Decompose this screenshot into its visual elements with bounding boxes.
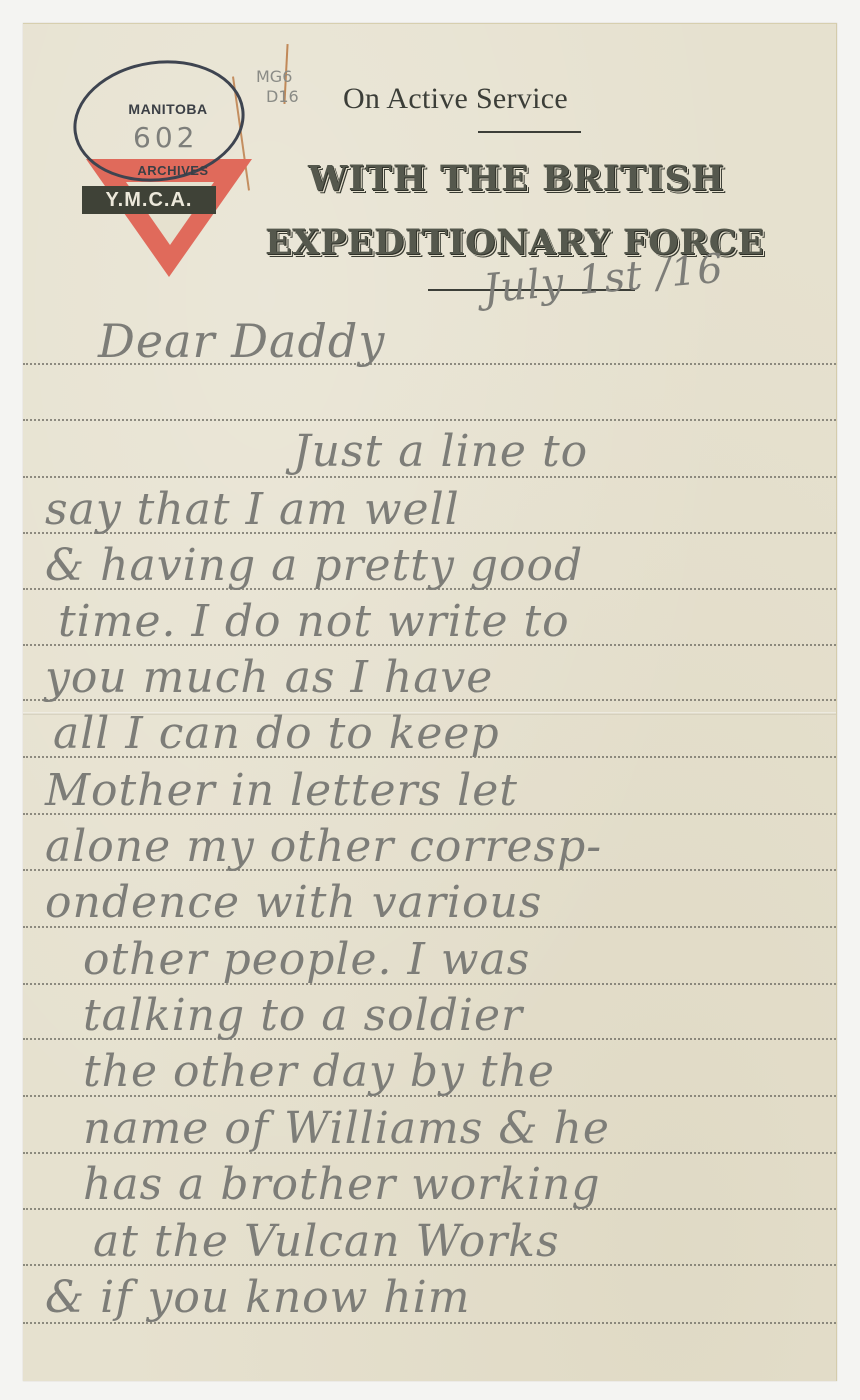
letter-line: say that I am well [45, 484, 460, 535]
letter-line: the other day by the [83, 1046, 555, 1097]
letter-salutation: Dear Daddy [98, 314, 385, 368]
letter-line: & having a pretty good [45, 540, 583, 591]
letterhead-divider [478, 131, 581, 133]
stamp-bottom-text: ARCHIVES [113, 163, 233, 178]
letterhead-title-line1: WITH THE BRITISH [308, 158, 725, 199]
letter-line: other people. I was [83, 934, 530, 985]
letter-line: & if you know him [45, 1272, 470, 1323]
letter-line: ondence with various [45, 877, 542, 928]
letter-line: you much as I have [45, 652, 493, 703]
stamp-top-text: MANITOBA [108, 101, 228, 117]
stamp-number: 602 [133, 121, 198, 154]
letter-line: Mother in letters let [45, 765, 518, 816]
letter-line: Just a line to [293, 426, 588, 477]
ruled-line [23, 419, 836, 421]
letter-line: has a brother working [83, 1159, 601, 1210]
letter-line: all I can do to keep [53, 708, 500, 759]
letter-line: talking to a soldier [83, 990, 523, 1041]
ymca-logo-banner: Y.M.C.A. [82, 186, 216, 214]
letterhead-subtitle: On Active Service [283, 82, 628, 116]
letter-page: Y.M.C.A. MANITOBA 602 ARCHIVES MG6 D16 O… [23, 23, 837, 1381]
letter-line: at the Vulcan Works [93, 1216, 560, 1267]
letter-line: alone my other corresp- [45, 821, 602, 872]
letter-line: time. I do not write to [58, 596, 570, 647]
letter-line: name of Williams & he [83, 1103, 610, 1154]
